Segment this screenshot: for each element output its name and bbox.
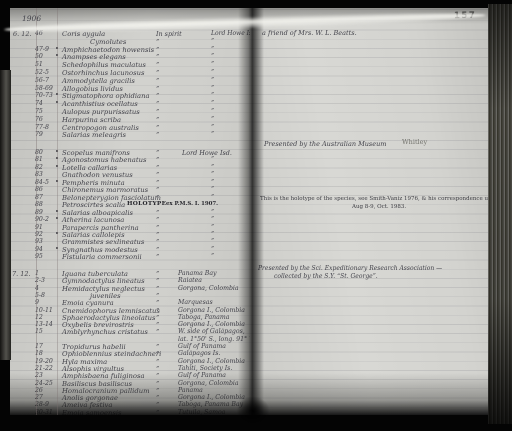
locality: Gorgona I., Colombia [178, 395, 245, 401]
locality: Gorgona I., Colombia [178, 359, 245, 365]
entry-number: 89 [35, 210, 43, 216]
entry-number: 76 [35, 117, 43, 123]
ditto-mark: ” [156, 410, 159, 416]
register-row: 19-20Hyla maxima”Gorgona I., Colombia [10, 359, 250, 367]
register-photo: 1906 6. 12. 7. 12. 46Coris aygulaIn spir… [0, 0, 512, 431]
species-name: Ameiva festiva [62, 402, 112, 409]
ditto-mark: ” [156, 93, 159, 99]
ditto-mark: ” [211, 125, 214, 131]
entry-number: 12 [35, 315, 43, 321]
entry-number: 5-8 [35, 293, 45, 299]
species-name: Atherina lacunosa [62, 217, 124, 224]
entry-number: 79 [35, 132, 43, 138]
ditto-mark: ” [156, 344, 159, 350]
entry-number: 1 [35, 271, 39, 277]
ditto-mark: ” [156, 308, 159, 314]
ditto-mark: ” [156, 109, 159, 115]
entry-number: 56-7 [35, 78, 49, 84]
ditto-mark: ” [156, 359, 159, 365]
species-name: Pempheris minuta [62, 180, 125, 187]
register-row: 83Gnathodon venustus”” [10, 172, 250, 180]
page-shadow-bottom [250, 373, 489, 415]
ditto-mark: ” [156, 395, 159, 401]
ditto-mark: ” [211, 195, 214, 201]
register-row: 2-3Gymnodactylus lineatus”Raiatea [10, 278, 250, 286]
ditto-mark: ” [156, 232, 159, 238]
ditto-mark: ” [156, 254, 159, 260]
ditto-mark: ” [156, 125, 159, 131]
ditto-mark: ” [156, 187, 159, 193]
species-name: Amblyrhynchus cristatus [62, 329, 148, 336]
register-row: 70-73Stigmatophora ophidiana”” [10, 93, 250, 101]
entry-number: 19-20 [35, 359, 53, 365]
ditto-mark: ” [156, 165, 159, 171]
species-name: Amphisbaena fuliginosa [62, 373, 145, 380]
register-row: 88Petroscirtes scaliaHOLOTYPEex P.M.S. I… [10, 202, 250, 210]
entry-number: 23 [35, 373, 43, 379]
ditto-mark: ” [156, 278, 159, 284]
entry-number: 27 [35, 395, 43, 401]
register-row: 15Amblyrhynchus cristatus”W. side of Gal… [10, 329, 250, 337]
species-name: juveniles [90, 293, 121, 300]
book-fore-edge [488, 4, 512, 424]
species-name: Fistularia commersonii [62, 254, 142, 261]
register-row: 13-14Oxybelis brevirostris”Gorgona I., C… [10, 322, 250, 330]
ditto-mark: ” [156, 62, 159, 68]
register-row: 89Salarias alboapicalis”” [10, 210, 250, 218]
ditto-mark: ” [211, 239, 214, 245]
entry-number: 47-9 [35, 47, 49, 53]
register-row: 76Harpurina scriba”” [10, 117, 250, 125]
ditto-mark: ” [156, 247, 159, 253]
locality: Gorgona I., Colombia [178, 322, 245, 328]
ditto-mark: ” [156, 286, 159, 292]
ditto-mark: ” [211, 62, 214, 68]
register-row: 79Salarias meleagris”” [10, 132, 250, 140]
species-name: Emoia cyanura [62, 300, 114, 307]
ditto-mark: ” [156, 293, 159, 299]
entry-number: 93 [35, 239, 43, 245]
note-presented-by: Presented by the Australian Museum [264, 141, 386, 148]
species-name: Iguana tuberculata [62, 271, 128, 278]
entry-number: 4 [35, 286, 39, 292]
register-row: 81Agonostomus habenatus”” [10, 157, 250, 165]
ditto-mark: ” [156, 210, 159, 216]
register-row: 50Anampses elegans”” [10, 54, 250, 62]
entry-number: 95 [35, 254, 43, 260]
ditto-mark: ” [156, 150, 159, 156]
locality: Marquesas [178, 300, 213, 306]
species-name: Emoia samoensis [62, 410, 122, 417]
entry-number: 21-22 [35, 366, 53, 372]
entry-tick-dot [56, 232, 58, 234]
species-name: Oxybelis brevirostris [62, 322, 134, 329]
register-row: 80Scopelus manifrons”Lord Howe Isd. [10, 150, 250, 158]
species-name: Anampses elegans [62, 54, 126, 61]
ditto-mark: ” [156, 132, 159, 138]
ditto-mark: ” [156, 315, 159, 321]
ditto-mark: ” [211, 187, 214, 193]
locality: W. side of Galápagos, [178, 329, 245, 335]
locality: Gorgona, Colombia [178, 381, 239, 387]
locality: Gorgona, Colombia [178, 286, 239, 292]
ditto-mark: ” [211, 157, 214, 163]
note-stgeorge-line1: Presented by the Sci. Expeditionary Rese… [258, 266, 442, 272]
reference-annotation: ex P.M.S. I. 1907. [166, 202, 218, 207]
entry-number: 10-11 [35, 308, 53, 314]
register-row: 90-2Atherina lacunosa”” [10, 217, 250, 225]
register-row: 87Belonepterygion fasciolatum”” [10, 195, 250, 203]
register-row: 23Amphisbaena fuliginosa”Gulf of Panama [10, 373, 250, 381]
note-stgeorge-line2: collected by the S.Y. “St. George”. [274, 274, 378, 280]
species-name: Ammodytella gracilis [62, 78, 135, 85]
entry-number: 46 [35, 31, 43, 37]
note-holotype-line2: Aug 8-9, Oct. 1983. [352, 205, 406, 211]
register-row: 21-22Alsophis virgultus”Tahiti, Society … [10, 366, 250, 374]
ledger-left-page: 1906 6. 12. 7. 12. 46Coris aygulaIn spir… [10, 8, 250, 415]
locality: Lord Howe Isd. [182, 150, 232, 156]
species-name: Anolis gorgonae [62, 395, 118, 402]
species-name: Hyla maxima [62, 359, 107, 366]
note-holotype-line1: This is the holotype of the species, see… [260, 197, 501, 203]
locality: Raiatea [178, 278, 202, 284]
species-name: Agonostomus habenatus [62, 157, 146, 164]
register-row: Cymolutes”” [10, 39, 250, 47]
register-row: 94Syngnathus modestus”” [10, 247, 250, 255]
entry-number: 77-8 [35, 125, 49, 131]
ditto-mark: ” [211, 232, 214, 238]
ditto-mark: ” [156, 172, 159, 178]
ditto-mark: ” [211, 165, 214, 171]
ditto-mark: ” [156, 329, 159, 335]
register-row: 47-9Amphichaetodon howensis”” [10, 47, 250, 55]
entry-number: 17 [35, 344, 43, 350]
entry-number: 94 [35, 247, 43, 253]
species-name: Chironemus marmoratus [62, 187, 148, 194]
species-name: Salarias callolepis [62, 232, 125, 239]
species-name: Belonepterygion fasciolatum [62, 195, 161, 202]
entry-number: 84-5 [35, 180, 49, 186]
entry-number: 70-73 [35, 93, 53, 99]
register-row: 95Fistularia commersonii”” [10, 254, 250, 262]
ditto-mark: ” [211, 180, 214, 186]
ditto-mark: ” [156, 351, 159, 357]
species-name: Ophioblennius steindachneri [62, 351, 161, 358]
entry-tick-dot [56, 247, 58, 249]
register-row: 9Emoia cyanura”Marquesas [10, 300, 250, 308]
register-row: 1Iguana tuberculata”Panama Bay [10, 271, 250, 279]
register-row: 10-11Cnemidophorus lemniscatus”Gorgona I… [10, 308, 250, 316]
species-name: Sphaerodactylus lineolatus [62, 315, 155, 322]
ditto-mark: ” [156, 54, 159, 60]
book-gutter-shadow [238, 8, 264, 415]
species-name: Grammistes sexlineatus [62, 239, 144, 246]
entry-number: 18 [35, 351, 43, 357]
entry-number: 15 [35, 329, 43, 335]
ditto-mark: ” [211, 54, 214, 60]
entry-number: 52-5 [35, 70, 49, 76]
entry-number: 91 [35, 225, 43, 231]
ditto-mark: ” [156, 101, 159, 107]
species-name: Cnemidophorus lemniscatus [62, 308, 160, 315]
species-name: Cymolutes [90, 39, 126, 46]
entry-tick-dot [56, 54, 58, 56]
entry-tick-dot [56, 210, 58, 212]
margin-date-group1: 6. 12. [13, 31, 32, 38]
species-name: Gnathodon venustus [62, 172, 133, 179]
species-name: Amphichaetodon howensis [62, 47, 154, 54]
ditto-mark: ” [156, 39, 159, 45]
species-name: Tropidurus habelii [62, 344, 126, 351]
species-name: Stigmatophora ophidiana [62, 93, 150, 100]
page-shadow-bottom [10, 373, 250, 415]
species-name: Hemidactylus neglectus [62, 286, 145, 293]
entry-number: 81 [35, 157, 43, 163]
ditto-mark: ” [156, 195, 159, 201]
register-row: 93Grammistes sexlineatus”” [10, 239, 250, 247]
entry-number: 74 [35, 101, 43, 107]
register-row: 12Sphaerodactylus lineolatus”Taboga, Pan… [10, 315, 250, 323]
register-row: 24-25Basiliscus basiliscus”Gorgona, Colo… [10, 381, 250, 389]
species-name: Syngnathus modestus [62, 247, 138, 254]
entry-number: 13-14 [35, 322, 53, 328]
preservation-note: In spirit [156, 31, 182, 37]
entry-tick-dot [56, 165, 58, 167]
note-whitley-pencil: Whitley [402, 139, 427, 146]
locality: Tutuila, Samoa [178, 410, 225, 416]
ditto-mark: ” [156, 180, 159, 186]
ditto-mark: ” [156, 47, 159, 53]
species-name: Salarias meleagris [62, 132, 126, 139]
species-name: Schedophilus maculatus [62, 62, 146, 69]
register-row: 27Anolis gorgonae”Gorgona I., Colombia [10, 395, 250, 403]
register-row: 77-8Centropogon australis”” [10, 125, 250, 133]
register-row: 52-5Ostorhinchus lacunosus”” [10, 70, 250, 78]
ditto-mark: ” [156, 300, 159, 306]
ditto-mark: ” [156, 225, 159, 231]
ditto-mark: ” [156, 217, 159, 223]
ditto-mark: ” [211, 47, 214, 53]
ditto-mark: ” [211, 225, 214, 231]
entry-tick-dot [56, 217, 58, 219]
species-name: Ostorhinchus lacunosus [62, 70, 145, 77]
ditto-mark: ” [156, 157, 159, 163]
ditto-mark: ” [211, 217, 214, 223]
ditto-mark: ” [211, 247, 214, 253]
ditto-mark: ” [156, 366, 159, 372]
entry-number: 83 [35, 172, 43, 178]
entry-tick-dot [56, 180, 58, 182]
entry-number: 92 [35, 232, 43, 238]
entry-number: 58-69 [35, 86, 53, 92]
locality: Gorgona I., Colombia [178, 308, 245, 314]
ditto-mark: ” [211, 117, 214, 123]
entry-number: 75 [35, 109, 43, 115]
entry-number: 28-9 [35, 402, 49, 408]
register-row: 26Homalocranium pallidum”Panama [10, 388, 250, 396]
entry-tick-dot [56, 47, 58, 49]
register-row: 28-9Ameiva festiva”Taboga, Panama Bay [10, 402, 250, 410]
species-name: Petroscirtes scalia [62, 202, 125, 209]
ditto-mark: ” [211, 254, 214, 260]
ditto-mark: ” [156, 70, 159, 76]
species-name: Harpurina scriba [62, 117, 121, 124]
locality: Taboga, Panama [178, 315, 229, 321]
ditto-mark: ” [156, 322, 159, 328]
species-name: Centropogon australis [62, 125, 139, 132]
book-gutter-shadow-bottom [236, 396, 270, 426]
ditto-mark: ” [211, 39, 214, 45]
species-name: Lotella callarias [62, 165, 117, 172]
locality: Panama Bay [178, 271, 217, 277]
note-donor-continuation: a friend of Mrs. W. L. Beatts. [262, 30, 357, 37]
species-name: Parapercis pantherina [62, 225, 139, 232]
species-name: Salarias alboapicalis [62, 210, 133, 217]
ditto-mark: ” [211, 172, 214, 178]
entry-tick-dot [56, 150, 58, 152]
entry-number: 82 [35, 165, 43, 171]
register-row: 92Salarias callolepis”” [10, 232, 250, 240]
holotype-annotation: HOLOTYPE [127, 202, 166, 208]
ditto-mark: ” [156, 373, 159, 379]
species-name: Coris aygula [62, 31, 105, 38]
entry-number: 88 [35, 202, 43, 208]
entry-number: 80 [35, 150, 43, 156]
entry-number: 30-31 [35, 410, 53, 416]
ditto-mark: ” [156, 388, 159, 394]
ditto-mark: ” [211, 101, 214, 107]
ditto-mark: ” [211, 210, 214, 216]
entry-number: 86 [35, 187, 43, 193]
locality: Tahiti, Society Is. [178, 366, 232, 372]
register-row: 56-7Ammodytella gracilis”” [10, 78, 250, 86]
entry-number: 51 [35, 62, 43, 68]
book-left-edge [0, 70, 11, 360]
species-name: Gymnodactylus lineatus [62, 278, 145, 285]
register-row: 82Lotella callarias”” [10, 165, 250, 173]
register-row: 58-69Allogobius lividus”” [10, 86, 250, 94]
ledger-right-page: 157 a friend of Mrs. W. L. Beatts. Prese… [250, 8, 489, 415]
margin-date-group3: 7. 12. [12, 271, 31, 278]
register-row: 74Acanthistius ocellatus”” [10, 101, 250, 109]
entry-number: 26 [35, 388, 43, 394]
year-label: 1906 [22, 15, 41, 23]
entry-number: 2-3 [35, 278, 45, 284]
register-row: 30-31Emoia samoensis”Tutuila, Samoa [10, 410, 250, 418]
register-row: 4Hemidactylus neglectus”Gorgona, Colombi… [10, 286, 250, 294]
ditto-mark: ” [156, 117, 159, 123]
register-row: 18Ophioblennius steindachneri”Galápagos … [10, 351, 250, 359]
species-name: Scopelus manifrons [62, 150, 130, 157]
register-row: 51Schedophilus maculatus”” [10, 62, 250, 70]
register-row: 84-5Pempheris minuta”” [10, 180, 250, 188]
register-row: 5-8juveniles” [10, 293, 250, 301]
ditto-mark: ” [156, 78, 159, 84]
ditto-mark: ” [156, 402, 159, 408]
entry-tick-dot [56, 93, 58, 95]
locality: Gulf of Panama [178, 344, 226, 350]
locality: Galápagos Is. [178, 351, 220, 357]
register-row: 17Tropidurus habelii”Gulf of Panama [10, 344, 250, 352]
species-name: Aulopus purpurissatus [62, 109, 140, 116]
register-row: lat. 1°50' S., long. 91° W. [10, 337, 250, 345]
ditto-mark: ” [211, 86, 214, 92]
entry-number: 50 [35, 54, 43, 60]
register-row: 46Coris aygulaIn spiritLord Howe Isd. [10, 31, 250, 39]
species-name: Basiliscus basiliscus [62, 381, 132, 388]
ditto-mark: ” [156, 381, 159, 387]
ditto-mark: ” [211, 93, 214, 99]
ditto-mark: ” [156, 271, 159, 277]
species-name: Alsophis virgultus [62, 366, 124, 373]
species-name: Acanthistius ocellatus [62, 101, 138, 108]
species-name: Homalocranium pallidum [62, 388, 150, 395]
entry-tick-dot [56, 101, 58, 103]
entry-number: 9 [35, 300, 39, 306]
ditto-mark: ” [156, 239, 159, 245]
entry-number: 90-2 [35, 217, 49, 223]
species-name: Allogobius lividus [62, 86, 123, 93]
entry-number: 87 [35, 195, 43, 201]
ditto-mark: ” [211, 132, 214, 138]
register-row: 75Aulopus purpurissatus”” [10, 109, 250, 117]
ditto-mark: ” [156, 86, 159, 92]
entry-number: 24-25 [35, 381, 53, 387]
ditto-mark: ” [211, 109, 214, 115]
entry-tick-dot [56, 157, 58, 159]
register-row: 91Parapercis pantherina”” [10, 225, 250, 233]
locality: Panama [178, 388, 203, 394]
ditto-mark: ” [211, 78, 214, 84]
locality: Taboga, Panama Bay [178, 402, 243, 408]
ditto-mark: ” [211, 70, 214, 76]
locality: Gulf of Panama [178, 373, 226, 379]
register-row: 86Chironemus marmoratus”” [10, 187, 250, 195]
